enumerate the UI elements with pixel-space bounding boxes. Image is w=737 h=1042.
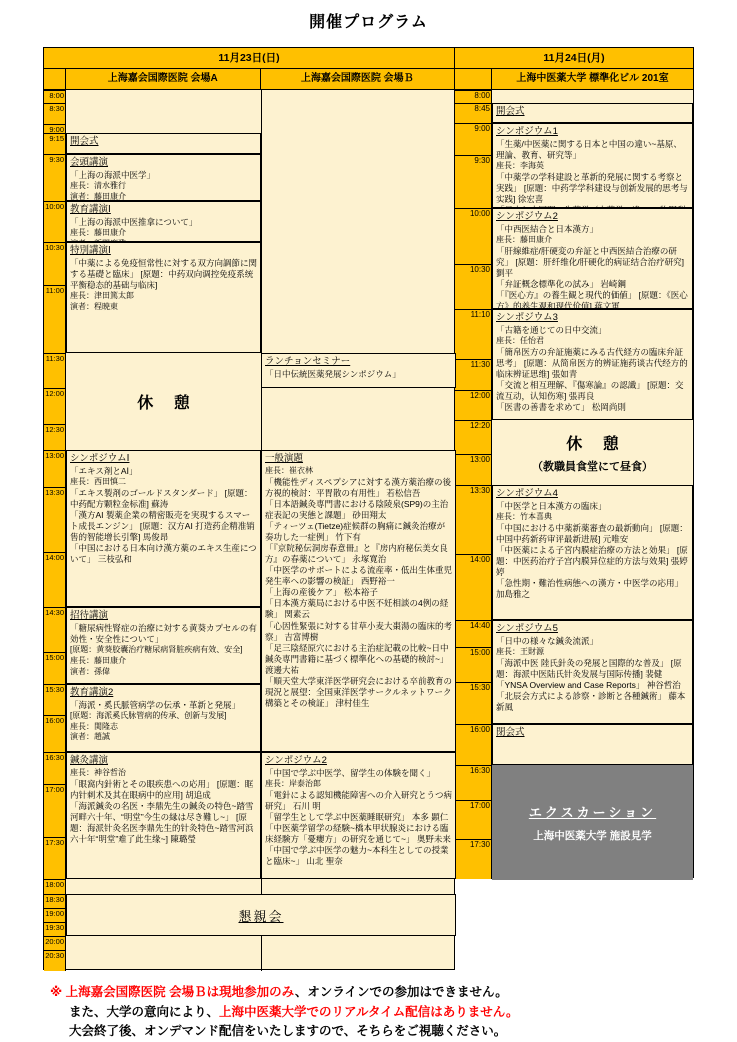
time-label: 13:30 [455, 485, 492, 495]
session-line: 「『京院秘伝洞房春意冊』と『房内府秘伝美女良方』の春薬について」 永塚寛治 [265, 543, 452, 565]
session-line: 「上海の産後ケア」 松本裕子 [265, 587, 452, 598]
time-label: 12:00 [44, 388, 66, 398]
time-label: 15:30 [44, 684, 66, 694]
note-text: 、オンラインでの参加はできません。 [295, 985, 508, 999]
session-line: 「順天堂大学東洋医学研究会における卒前教育の現況と展望：全国東洋医学サークルネッ… [265, 676, 452, 709]
session-line: 「中薬による免疫恒常性に対する双方向調節に関する基礎と臨床」 [原題：中药双向调… [70, 258, 257, 291]
time-label: 12:30 [44, 424, 66, 434]
session-line: 「古籍を通じての日中交流」 [496, 325, 689, 336]
note-text: また、大学の意向により、 [69, 1005, 219, 1019]
session-line: 閉会式 [496, 727, 689, 739]
session-line: 懇親会 [238, 906, 283, 925]
time-label: 18:00 [44, 879, 66, 889]
session-line: ランチョンセミナー [265, 356, 452, 368]
session-line: 「中西医結合と日本漢方」 [496, 224, 689, 235]
session-symposium-2-day2: シンポジウム2「中西医結合と日本漢方」座長：藤田康介「肝線維症/肝硬変の弁証と中… [492, 208, 693, 309]
session-line: 「医書の善書を求めて」 松岡尚則 [496, 402, 689, 413]
session-line: 「日本語鍼灸専門書における陰陵泉(SP9)の主治症表記の実態と課題」 砂田翔太 [265, 499, 452, 521]
time-label: 17:00 [455, 800, 492, 810]
session-line: 開会式 [70, 136, 257, 148]
day1-date-header: 11月23日(日) [44, 48, 454, 69]
page-title: 開催プログラム [0, 9, 737, 32]
session-luncheon-seminar: ランチョンセミナー「日中伝統医薬発展シンポジウム」 [261, 353, 456, 388]
session-line: 演者：藤田康介 [70, 192, 257, 201]
session-line: 「エキス剤とАⅠ」 [70, 466, 257, 477]
session-line: シンポジウムⅠ [70, 453, 257, 465]
session-line: 「北辰会方式による診察・診断と各種鍼術」 藤本新風 [496, 691, 689, 713]
session-line: 休 憩 [558, 431, 626, 454]
session-line: 特別講演Ⅰ [70, 245, 257, 257]
time-label: 11:10 [455, 309, 492, 319]
time-label: 17:00 [44, 784, 66, 794]
session-line: シンポジウム2 [265, 755, 452, 767]
day2-time-header-spacer [455, 69, 492, 89]
session-line: 「糖尿病性腎症の治療に対する黄葵カプセルの有効性・安全性について」 [70, 623, 257, 645]
time-label: 16:00 [455, 724, 492, 734]
time-label: 20:30 [44, 950, 66, 960]
session-line: 「簡帛医方の弁証施薬にみる古代経方の臨床弁証思考」 [原題：从简帛医方的辨证施药… [496, 347, 689, 380]
time-label: 11:30 [44, 353, 66, 363]
note-line: 大会終了後、オンデマンド配信をいたしますので、そちらをご視聴ください。 [50, 1022, 710, 1042]
session-special-lecture-1: 特別講演Ⅰ「中薬による免疫恒常性に対する双方向調節に関する基礎と臨床」 [原題：… [66, 242, 261, 353]
note-line: また、大学の意向により、上海中医薬大学でのリアルタイム配信はありません。 [50, 1003, 710, 1023]
session-line: 座長：藤田康介 [496, 235, 689, 246]
session-line: 座長：任怡君 [496, 336, 689, 347]
session-line: 「日中の様々な鍼灸流派」 [496, 636, 689, 647]
session-line: 「海派中医 陸氏針灸の発展と国際的な普及」 [原題：海派中医陆氏针灸发展与国际传… [496, 658, 689, 680]
session-line: 一般演題 [265, 453, 452, 465]
session-line: （教職員食堂にて昼食） [532, 458, 653, 474]
session-excursion: エクスカーション上海中医薬大学 施設見学 [492, 765, 693, 880]
session-line: 座長：李海英 [496, 161, 689, 172]
footnotes: ※ 上海嘉会国際医院 会場Ｂは現地参加のみ、オンラインでの参加はできません。また… [50, 983, 710, 1042]
session-banquet: 懇親会 [66, 894, 456, 936]
session-line: 座長：王財源 [496, 647, 689, 658]
time-label: 14:30 [44, 607, 66, 617]
note-line: ※ 上海嘉会国際医院 会場Ｂは現地参加のみ、オンラインでの参加はできません。 [50, 983, 710, 1003]
time-label: 16:30 [44, 752, 66, 762]
session-symposium-1-day1: シンポジウムⅠ「エキス剤とАⅠ」座長：西田慎二「エキス製剤のゴールドスタンダード… [66, 450, 261, 607]
day2-date-header: 11月24日(月) [455, 48, 693, 69]
session-line: 「急性期・難治性病態への漢方・中医学の応用」 加島雅之 [496, 578, 689, 600]
session-line: シンポジウム2 [496, 211, 689, 223]
time-label: 18:30 [44, 894, 66, 904]
time-label: 16:30 [455, 765, 492, 775]
session-break-day1: 休 憩 [66, 353, 261, 450]
session-line: 「電針による認知機能障害への介入研究とうつ病研究」 石川 明 [265, 790, 452, 812]
session-line: 「留学生として学ぶ中医薬睡眠研究」 本多 顕仁 [265, 812, 452, 823]
time-label: 10:00 [44, 201, 66, 211]
session-line: 鍼灸講演 [70, 755, 257, 767]
day2-venue-header: 上海中医薬大学 標準化ビル 201室 [455, 69, 693, 90]
session-line: 「弁証概念標準化の試み」 岩崎鋼 [496, 279, 689, 290]
session-line: 「中医薬による子宮内膜症治療の方法と効果」 [原題：中医药治疗子宫内膜异位症的方… [496, 545, 689, 578]
session-line: 「心因性緊張に対する甘草小麦大棗湯の臨床的考察」 吉富博樹 [265, 621, 452, 643]
session-line: 「中薬学の学科建設と革新的発展に関する考察と実践」 [原題：中药学学科建设与创新… [496, 172, 689, 205]
session-symposium-3-day2: シンポジウム3「古籍を通じての日中交流」座長：任怡君「簡帛医方の弁証施薬にみる古… [492, 309, 693, 420]
time-label: 13:00 [455, 454, 492, 464]
session-line: 「中国における中薬新薬審査の最新動向」 [原題：中国中药新药审评最新进展] 元唯… [496, 523, 689, 545]
time-label: 9:15 [44, 133, 66, 143]
day2-panel: 11月24日(月) 上海中医薬大学 標準化ビル 201室 8:008:459:0… [454, 47, 694, 878]
session-line: 「中国で学ぶ中医学、留学生の体験を聞く」 [265, 768, 452, 779]
session-invited-lecture: 招待講演「糖尿病性腎症の治療に対する黄葵カプセルの有効性・安全性について」[原題… [66, 607, 261, 684]
time-label: 15:00 [44, 652, 66, 662]
day1-venue-b: 上海嘉会国際医院 会場Ｂ [261, 69, 455, 89]
time-label: 9:30 [44, 154, 66, 164]
session-line: 座長：藤田康介 [70, 228, 257, 239]
session-symposium-1-day2: シンポジウム1「生薬/中医薬に関する日本と中国の違い~基原、理論、教育、研究等」… [492, 123, 693, 208]
session-closing-ceremony: 閉会式 [492, 724, 693, 765]
time-label: 11:30 [455, 359, 492, 369]
session-line: 座長：藤田康介 [70, 656, 257, 667]
time-label: 17:30 [455, 839, 492, 849]
day1-venue-a: 上海嘉会国際医院 会場А [66, 69, 261, 89]
time-label: 14:00 [44, 552, 66, 562]
time-label: 10:00 [455, 208, 492, 218]
session-line: 「日本漢方薬局における中医不妊相談の4例の経験」 関素云 [265, 598, 452, 620]
session-opening-ceremony: 開会式 [66, 133, 261, 154]
session-line: 「漢方AI 製薬企業の精密販売を実現するスマート成長エンジン」 [原題：汉方AI… [70, 510, 257, 543]
session-line: 座長：岸泰治郎 [265, 779, 452, 790]
session-line: 「中国における日本向け漢方薬のエキス生産について」 三枝弘和 [70, 543, 257, 565]
session-acupuncture-lecture: 鍼灸講演座長：神谷哲治「眼窩内針術とその眼疾患への応用」 [原題：眶内针刺术及其… [66, 752, 261, 879]
time-label: 10:30 [44, 242, 66, 252]
session-line: 座長：神谷哲治 [70, 768, 257, 779]
day2-venue: 上海中医薬大学 標準化ビル 201室 [492, 69, 693, 89]
time-label: 15:00 [455, 647, 492, 657]
session-line: 「中医薬学留学の経験~橋本甲状腺炎における臨床経験方「憂癭方」の研究を通じて~」… [265, 823, 452, 845]
note-text-red: 上海嘉会国際医院 会場Ｂは現地参加のみ [66, 985, 295, 999]
note-text-red: 上海中医薬大学でのリアルタイム配信はありません。 [219, 1005, 519, 1019]
session-line: 招待講演 [70, 610, 257, 622]
session-symposium-4-day2: シンポジウム4「中医学と日本漢方の臨床」座長：竹本喜典「中国における中薬新薬審査… [492, 485, 693, 620]
session-line: 「眼窩内針術とその眼疾患への応用」 [原題：眶内针刺术及其在眼病中的应用] 胡追… [70, 779, 257, 801]
session-line: 「交流と相互理解、『傷寒論』の認識」 [原題：交流互动，认知伤寒] 張再良 [496, 380, 689, 402]
session-line: 開会式 [496, 106, 689, 118]
session-line: 「上海の海派中医学」 [70, 170, 257, 181]
session-line: 「海派・奚氏脈管病学の伝承・革新と発展」 [70, 700, 257, 711]
session-line: [原題：海派奚氏脉管病的传承、创新与发展] [70, 711, 257, 722]
time-label: 19:00 [44, 908, 66, 918]
session-lunch-break-day2: 休 憩（教職員食堂にて昼食） [492, 420, 693, 485]
time-label: 9:00 [455, 123, 492, 133]
time-label: 8:30 [44, 103, 66, 113]
time-label: 19:30 [44, 922, 66, 932]
session-line: 座長：関隆志 [70, 722, 257, 733]
time-label: 14:00 [455, 554, 492, 564]
session-line: 「上海の海派中医推拿について」 [70, 217, 257, 228]
session-line: 座長：清水雅行 [70, 181, 257, 192]
time-label: 17:30 [44, 837, 66, 847]
time-label: 14:40 [455, 620, 492, 630]
note-text-red: ※ [50, 985, 66, 999]
session-line: 休 憩 [129, 390, 197, 413]
session-line: 演者：程暁東 [70, 302, 257, 313]
session-line: 「足三陰経原穴における主治症記載の比較~日中鍼灸専門書籍に基づく標準化への基礎的… [265, 643, 452, 676]
session-general-presentations: 一般演題座長：崔衣林「機能性ディスペプシアに対する漢方薬治療の後方視的検討：平胃… [261, 450, 456, 752]
session-line: シンポジウム1 [496, 126, 689, 138]
time-label: 8:45 [455, 103, 492, 113]
session-line: エクスカーション [529, 802, 656, 821]
session-symposium-5-day2: シンポジウム5「日中の様々な鍼灸流派」座長：王財源「海派中医 陸氏針灸の発展と国… [492, 620, 693, 724]
session-line: 「中医学のサポートによる流産率・低出生体重児発生率への影響の検証」 西野裕一 [265, 565, 452, 587]
time-label: 9:30 [455, 155, 492, 165]
session-line: 教育講演Ⅰ [70, 204, 257, 216]
session-edu-lecture-2: 教育講演2「海派・奚氏脈管病学の伝承・革新と発展」[原題：海派奚氏脉管病的传承、… [66, 684, 261, 752]
session-line: 「肝線維症/肝硬変の弁証と中西医結合治療の研究」 [原題：肝纤维化/肝硬化的病证… [496, 246, 689, 279]
session-line: [原題：黄葵胶囊治疗糖尿病肾脏疾病有效、安全] [70, 645, 257, 656]
session-line: シンポジウム5 [496, 623, 689, 635]
day1-venue-header: 上海嘉会国際医院 会場А 上海嘉会国際医院 会場Ｂ [44, 69, 454, 90]
session-line: 「日中伝統医薬発展シンポジウム」 [265, 369, 452, 380]
session-line: 座長：西田慎二 [70, 477, 257, 488]
time-label: 20:00 [44, 936, 66, 946]
session-line: 「『医心方』の養生観と現代的価値」 [原題：《医心方》的养生观和现代价值] 蒋文… [496, 290, 689, 309]
time-label: 8:00 [44, 90, 66, 100]
session-edu-lecture-1: 教育講演Ⅰ「上海の海派中医推拿について」座長：藤田康介演者：新開麿雅 [66, 201, 261, 242]
time-label: 11:00 [44, 285, 66, 295]
time-label: 10:30 [455, 264, 492, 274]
time-label: 13:30 [44, 487, 66, 497]
session-line: 「中国で学ぶ中医学の魅力~本科生としての授業と臨床~」 山北 聖奈 [265, 845, 452, 867]
session-line: シンポジウム4 [496, 488, 689, 500]
session-line: 「YNSA Overview and Case Reports」 神谷哲治 [496, 680, 689, 691]
session-line: 座長：崔衣林 [265, 466, 452, 477]
note-text: 大会終了後、オンデマンド配信をいたしますので、そちらをご視聴ください。 [69, 1024, 506, 1038]
session-opening-ceremony-day2: 開会式 [492, 103, 693, 123]
session-line: 「中医学と日本漢方の臨床」 [496, 501, 689, 512]
time-label: 13:00 [44, 450, 66, 460]
session-presidential-lecture: 会頭講演「上海の海派中医学」座長：清水雅行演者：藤田康介 [66, 154, 261, 201]
day1-panel: 11月23日(日) 上海嘉会国際医院 会場А 上海嘉会国際医院 会場Ｂ 8:00… [43, 47, 455, 970]
session-line: 「海派鍼灸の名医・李鼎先生の鍼灸の特色~踏雪河畔六十年、“明堂”今生の縁は尽き難… [70, 801, 257, 845]
session-line: 「生薬/中医薬に関する日本と中国の違い~基原、理論、教育、研究等」 [496, 139, 689, 161]
day1-schedule-body: 8:008:309:009:159:3010:0010:3011:0011:30… [44, 90, 454, 971]
session-line: 「機能性ディスペプシアに対する漢方薬治療の後方視的検討：平胃散の有用性」 若松信… [265, 477, 452, 499]
day1-time-header-spacer [44, 69, 66, 89]
time-label: 12:00 [455, 390, 492, 400]
session-line: 会頭講演 [70, 157, 257, 169]
session-line: 「ティーツェ(Tietze)症候群の胸痛に鍼灸治療が奏功した一症例」 竹下有 [265, 521, 452, 543]
session-line: 演者：趙誠 [70, 732, 257, 743]
program-page: 開催プログラム 11月23日(日) 上海嘉会国際医院 会場А 上海嘉会国際医院 … [0, 0, 737, 1026]
session-line: 「エキス製剤のゴールドスタンダード」 [原題：中药配方颗粒金标准] 蘇涛 [70, 488, 257, 510]
session-line: 教育講演2 [70, 687, 257, 699]
day2-schedule-body: 8:008:459:009:3010:0010:3011:1011:3012:0… [455, 90, 693, 879]
session-line: 演者：孫偉 [70, 667, 257, 678]
session-line: 座長：竹本喜典 [496, 512, 689, 523]
time-label: 15:30 [455, 682, 492, 692]
time-label: 16:00 [44, 715, 66, 725]
session-line: 上海中医薬大学 施設見学 [533, 828, 651, 843]
time-label: 8:00 [455, 90, 492, 100]
session-line: 座長：津田篤太郎 [70, 291, 257, 302]
session-line: シンポジウム3 [496, 312, 689, 324]
session-symposium-2-day1: シンポジウム2「中国で学ぶ中医学、留学生の体験を聞く」座長：岸泰治郎「電針による… [261, 752, 456, 879]
time-label: 12:20 [455, 420, 492, 430]
